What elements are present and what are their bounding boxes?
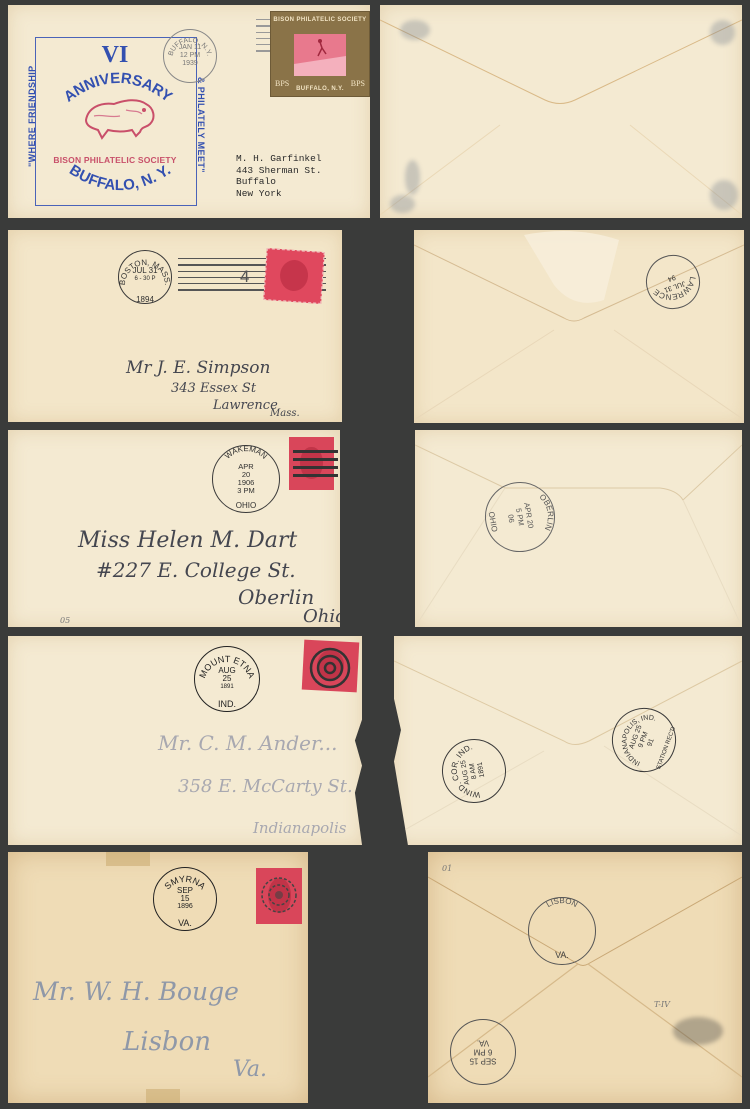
cover-5-back[interactable]: 01 LISBON VA. SEP 15 6 PM VA. T-IV <box>428 852 742 1103</box>
postmark-boston: BOSTON, MASS. JUL 31 6 - 30 P 1894 <box>118 250 172 304</box>
address-line-4: Ohio <box>303 606 340 627</box>
svg-text:LISBON: LISBON <box>545 896 580 909</box>
pencil-note: 01 <box>442 864 452 873</box>
cachet-left-slogan: "WHERE FRIENDSHIP <box>27 65 37 167</box>
postmark-date: JAN 11 <box>164 44 216 52</box>
tape-residue <box>146 1089 180 1103</box>
tape-residue <box>106 852 150 866</box>
address-line-2: 343 Essex St <box>171 381 256 396</box>
stain <box>405 160 420 195</box>
postmark-indianapolis: INDIANAPOLIS, IND. AUG 25 9 PM 91 STATIO… <box>603 699 685 781</box>
pencil-note: 05 <box>60 616 70 625</box>
ink-smudge <box>673 1017 723 1045</box>
address-line-2: 358 E. McCarty St. <box>178 776 353 797</box>
cover-2-front[interactable]: BOSTON, MASS. JUL 31 6 - 30 P 1894 4 Mr … <box>8 230 342 422</box>
address-line-4: Mass. <box>270 408 300 419</box>
address-line-1: Mr J. E. Simpson <box>126 358 270 378</box>
typed-address: M. H. Garfinkel 443 Sherman St. Buffalo … <box>236 153 322 199</box>
stain <box>710 180 738 210</box>
cancel-number: 4 <box>240 267 249 287</box>
cover-5-front[interactable]: SMYRNA SEP 15 1896 VA. Mr. W. H. Bouge L… <box>8 852 308 1103</box>
address-line-1: Miss Helen M. Dart <box>78 528 297 553</box>
cachet-city: BUFFALO, N. Y. <box>50 157 190 210</box>
postmark-wind-cor: WIND. COR. IND. AUG 25 8 AM 1891 <box>437 734 511 808</box>
stamp-center-skier <box>294 34 346 76</box>
svg-text:BUFFALO, N. Y.: BUFFALO, N. Y. <box>66 161 174 194</box>
svg-text:WAKEMAN: WAKEMAN <box>223 444 269 461</box>
address-line-2: #227 E. College St. <box>96 558 296 582</box>
address-line-2: Lisbon <box>123 1027 211 1057</box>
envelope-flap <box>415 430 742 627</box>
postmark-smyrna: SMYRNA SEP 15 1896 VA. <box>153 867 217 931</box>
cover-3-front[interactable]: WAKEMAN APR 20 1906 3 PM OHIO Miss Helen… <box>8 430 340 627</box>
cover-1-front[interactable]: VI ANNIVERSARY BISON PHILATELIC SOCIETY … <box>8 5 370 218</box>
postmark-lawrence: LAWRENCE JUL 31 94 <box>638 247 707 316</box>
cover-4-back[interactable]: WIND. COR. IND. AUG 25 8 AM 1891 INDIANA… <box>394 636 742 845</box>
stain <box>400 20 430 40</box>
address-line-3: Indianapolis <box>253 819 346 837</box>
envelope-flap <box>394 636 742 845</box>
postmark-lisbon: LISBON VA. <box>528 897 596 965</box>
stamp-bison-philatelic: BISON PHILATELIC SOCIETY BPS BPS BUFFALO… <box>270 11 370 97</box>
cover-2-back[interactable]: LAWRENCE JUL 31 94 <box>414 230 744 423</box>
stain <box>390 195 415 213</box>
postmark-receiving: SEP 15 6 PM VA. <box>450 1019 516 1085</box>
barred-cancel <box>293 450 338 482</box>
cachet-right-slogan: & PHILATELY MEET" <box>196 77 206 173</box>
pencil-note: T-IV <box>654 1000 670 1009</box>
postmark-mount-etna: MOUNT ETNA AUG 25 1891 IND. <box>194 646 260 712</box>
envelope-flap <box>380 5 742 218</box>
address-line-1: Mr. C. M. Ander... <box>158 731 337 755</box>
address-line-3: Lawrence <box>213 398 278 413</box>
svg-text:OBERLIN: OBERLIN <box>537 491 559 533</box>
target-cancel <box>258 874 300 916</box>
target-cancel <box>308 646 352 690</box>
cover-4-front[interactable]: MOUNT ETNA AUG 25 1891 IND. Mr. C. M. An… <box>8 636 362 845</box>
stamp-2c-red <box>263 248 324 304</box>
postmark-wakeman: WAKEMAN APR 20 1906 3 PM OHIO <box>212 445 280 513</box>
postmark-oberlin: OBERLIN APR 20 5 PM 06 OHIO <box>479 476 560 557</box>
envelope-flap <box>414 230 744 423</box>
postmark-time: 12 PM <box>164 52 216 60</box>
cover-1-back[interactable] <box>380 5 742 218</box>
address-line-1: Mr. W. H. Bouge <box>33 977 239 1006</box>
cover-3-back[interactable]: OBERLIN APR 20 5 PM 06 OHIO <box>415 430 742 627</box>
address-line-3: Va. <box>233 1057 267 1082</box>
bison-icon <box>80 92 160 140</box>
stain <box>710 20 735 45</box>
postmark-buffalo: BUFFALO, N.Y. JAN 11 12 PM 1939 <box>163 29 217 83</box>
postmark-year: 1939 <box>164 60 216 68</box>
